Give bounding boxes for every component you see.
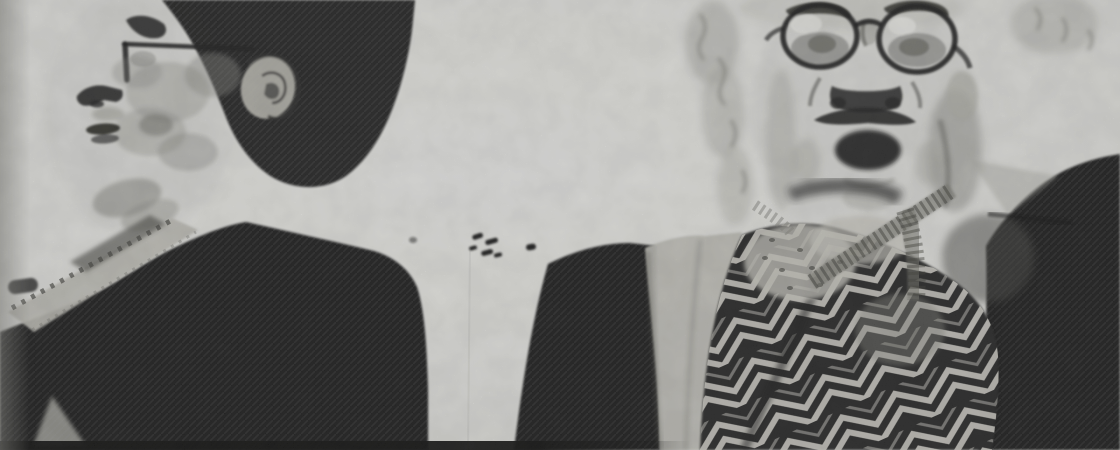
- film-grain-overlay: [0, 0, 1120, 450]
- photo-canvas: [0, 0, 1120, 450]
- mugshot-photograph: [0, 0, 1120, 450]
